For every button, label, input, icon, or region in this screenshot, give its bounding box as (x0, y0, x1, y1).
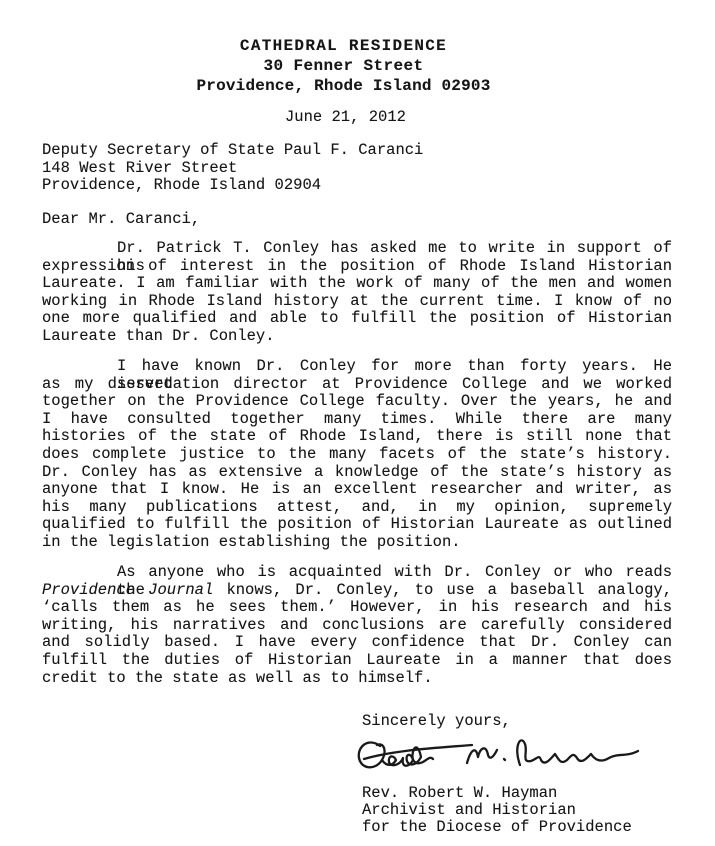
recipient-address: Deputy Secretary of State Paul F. Caranc… (42, 142, 423, 195)
body-line: one more qualified and able to fulfill t… (42, 310, 672, 328)
body-line: qualified to fulfill the position of His… (42, 516, 672, 534)
italic-publication-name: Providence Journal (42, 581, 213, 599)
body-line: I have known Dr. Conley for more than fo… (42, 358, 672, 376)
body-line: As anyone who is acquainted with Dr. Con… (42, 564, 672, 582)
letterhead: CATHEDRAL RESIDENCE 30 Fenner Street Pro… (0, 36, 687, 96)
body-line: as my dissertation director at Providenc… (42, 376, 672, 394)
valediction: Sincerely yours, (362, 712, 511, 730)
date-line: June 21, 2012 (285, 108, 406, 126)
body-line: expression of interest in the position o… (42, 258, 672, 276)
paragraph-2: I have known Dr. Conley for more than fo… (42, 358, 672, 552)
letterhead-street: 30 Fenner Street (0, 56, 687, 76)
body-line: I have consulted together many times. Wh… (42, 411, 672, 429)
letterhead-city: Providence, Rhode Island 02903 (0, 76, 687, 96)
salutation: Dear Mr. Caranci, (42, 210, 200, 228)
body-line: Dr. Conley has as extensive a knowledge … (42, 464, 672, 482)
body-line: together on the Providence College facul… (42, 393, 672, 411)
recipient-name: Deputy Secretary of State Paul F. Caranc… (42, 142, 423, 160)
signer-title-line2: for the Diocese of Providence (362, 818, 632, 836)
body-line: histories of the state of Rhode Island, … (42, 428, 672, 446)
body-line: Dr. Patrick T. Conley has asked me to wr… (42, 240, 672, 258)
recipient-street: 148 West River Street (42, 160, 423, 178)
recipient-city: Providence, Rhode Island 02904 (42, 177, 423, 195)
body-line: and solidly based. I have every confiden… (42, 634, 672, 652)
letter-page: CATHEDRAL RESIDENCE 30 Fenner Street Pro… (0, 0, 715, 846)
body-line: writing, his narratives and conclusions … (42, 617, 672, 635)
body-line: his many publications attest, and, in my… (42, 499, 672, 517)
body-line: fulfill the duties of Historian Laureate… (42, 652, 672, 670)
body-line: ‘calls them as he sees them.’ However, i… (42, 599, 672, 617)
paragraph-3: As anyone who is acquainted with Dr. Con… (42, 564, 672, 687)
signature-image (350, 732, 650, 780)
letterhead-name: CATHEDRAL RESIDENCE (0, 36, 687, 56)
paragraph-1: Dr. Patrick T. Conley has asked me to wr… (42, 240, 672, 346)
body-line-text: knows, Dr. Conley, to use a baseball ana… (213, 581, 672, 599)
body-line: anyone that I know. He is an excellent r… (42, 481, 672, 499)
body-line: Providence Journal knows, Dr. Conley, to… (42, 582, 672, 600)
body-line: Laureate. I am familiar with the work of… (42, 275, 672, 293)
signer-name: Rev. Robert W. Hayman (362, 784, 557, 802)
body-line: credit to the state as well as to himsel… (42, 670, 672, 688)
body-line: Laureate than Dr. Conley. (42, 328, 672, 346)
signer-title-line1: Archivist and Historian (362, 801, 576, 819)
body-line: in the legislation establishing the posi… (42, 534, 672, 552)
body-line: working in Rhode Island history at the c… (42, 293, 672, 311)
body-line: does complete justice to the many facets… (42, 446, 672, 464)
